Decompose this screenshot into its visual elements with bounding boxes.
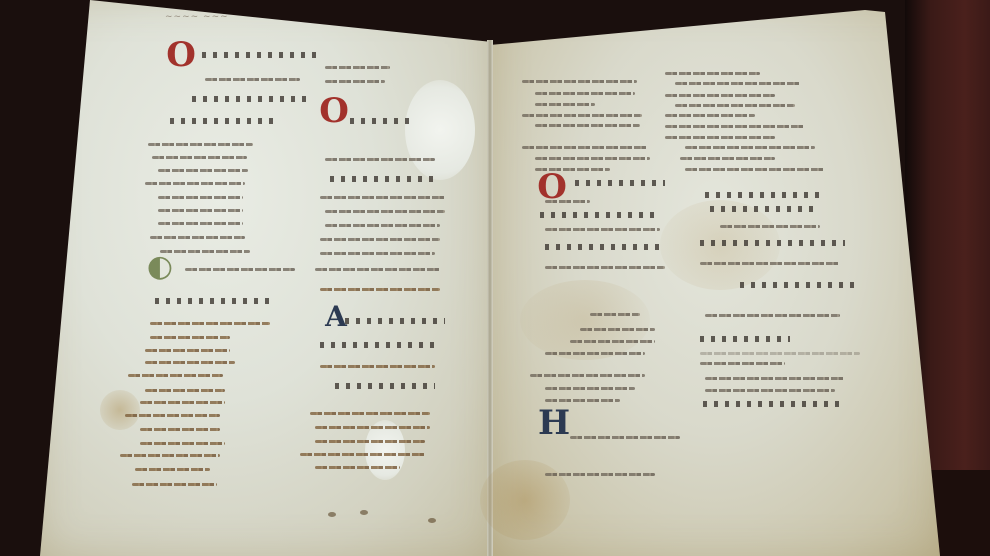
neume-line [700, 240, 845, 246]
stain [480, 460, 570, 540]
neume-line [335, 383, 435, 389]
text-line [325, 210, 445, 213]
stain [520, 280, 650, 360]
text-line [140, 401, 225, 404]
text-line [145, 182, 245, 185]
text-line [720, 225, 820, 228]
neume-line [545, 244, 665, 250]
text-line [545, 473, 655, 476]
neume-line [703, 401, 843, 407]
text-line [315, 466, 400, 469]
text-line [535, 103, 595, 106]
repair-patch [365, 420, 405, 480]
initial-o-red: O [536, 170, 568, 204]
neume-line [320, 342, 440, 348]
text-line [665, 114, 755, 117]
text-line [150, 322, 270, 325]
neume-line [330, 176, 435, 182]
text-line [158, 209, 243, 212]
neume-line [350, 118, 410, 124]
text-line [158, 222, 243, 225]
text-line [680, 157, 775, 160]
initial-green: ◐ [145, 250, 175, 284]
text-line [535, 157, 650, 160]
text-line [135, 468, 210, 471]
text-line [545, 266, 665, 269]
text-line [120, 454, 220, 457]
text-line [665, 94, 775, 97]
text-line [315, 440, 425, 443]
text-line [522, 80, 637, 83]
text-line [665, 125, 805, 128]
text-line [158, 169, 248, 172]
text-line [685, 146, 815, 149]
text-line [545, 200, 590, 203]
text-line [325, 158, 435, 161]
text-line [530, 374, 645, 377]
text-line [665, 72, 760, 75]
text-line [145, 389, 225, 392]
text-line [545, 399, 620, 402]
text-line [140, 442, 225, 445]
text-line [150, 336, 230, 339]
text-line [705, 389, 835, 392]
neume-line [710, 206, 820, 212]
text-line [700, 362, 785, 365]
manuscript-left-page [40, 0, 492, 556]
initial-o-red: O [318, 94, 350, 128]
neume-line [202, 52, 317, 58]
text-line [535, 124, 640, 127]
text-line [205, 78, 300, 81]
neume-line [575, 180, 665, 186]
text-line [685, 168, 825, 171]
text-line [325, 66, 390, 69]
text-line [545, 387, 635, 390]
staff-line [700, 352, 860, 355]
text-line [145, 349, 230, 352]
text-line [145, 361, 235, 364]
neume-line [170, 118, 280, 124]
text-line [310, 412, 430, 415]
text-line [705, 377, 845, 380]
text-line [590, 313, 640, 316]
text-line [300, 453, 425, 456]
repair-patch [405, 80, 475, 180]
neume-line [740, 282, 860, 288]
text-line [315, 268, 440, 271]
ink-spot [360, 510, 368, 515]
text-line [522, 146, 647, 149]
text-line [148, 143, 253, 146]
text-line [675, 82, 800, 85]
text-line [320, 365, 435, 368]
text-line [522, 114, 642, 117]
text-line [160, 250, 250, 253]
text-line [570, 340, 655, 343]
text-line [140, 428, 220, 431]
text-line [125, 414, 220, 417]
text-line [675, 104, 795, 107]
text-line [700, 262, 840, 265]
neume-line [700, 336, 790, 342]
text-line [545, 228, 660, 231]
neume-line [540, 212, 660, 218]
text-line [325, 80, 385, 83]
text-line [320, 238, 440, 241]
text-line [580, 328, 655, 331]
text-line [535, 92, 635, 95]
text-line [665, 136, 775, 139]
stain [100, 390, 140, 430]
text-line [132, 483, 217, 486]
text-line [128, 374, 223, 377]
neume-line [155, 298, 275, 304]
ink-spot [328, 512, 336, 517]
text-line [545, 352, 645, 355]
initial-h-blue: H [540, 405, 568, 441]
text-line [325, 224, 440, 227]
neume-line [192, 96, 312, 102]
initial-o-red: O [165, 38, 197, 72]
initial-a-blue: A [323, 300, 349, 334]
text-line [158, 196, 243, 199]
text-line [320, 196, 445, 199]
ink-spot [428, 518, 436, 523]
text-line [185, 268, 295, 271]
text-line [705, 314, 840, 317]
text-line [152, 156, 247, 159]
neume-line [705, 192, 825, 198]
text-line [320, 288, 440, 291]
text-line [150, 236, 245, 239]
neume-line [345, 318, 445, 324]
text-line [570, 436, 680, 439]
text-line [320, 252, 435, 255]
page-header-text: ~~~~ ~~~ [165, 12, 229, 22]
text-line [315, 426, 430, 429]
